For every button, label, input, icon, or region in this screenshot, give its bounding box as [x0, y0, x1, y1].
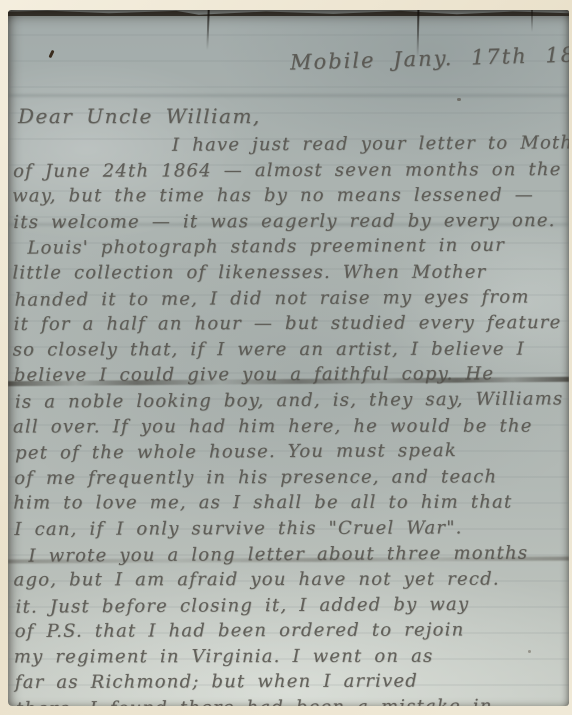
- letter-scan: Mobile Jany. 17th 1865. Dear Uncle Willi…: [0, 0, 572, 715]
- letter-line: it. Just before closing it, I added by w…: [16, 591, 569, 620]
- letter-line: far as Richmond; but when I arrived: [15, 669, 568, 697]
- letter-line: I wrote you a long letter about three mo…: [15, 540, 568, 569]
- letter-line: ago, but I am afraid you have not yet re…: [14, 567, 567, 594]
- letter-line: my regiment in Virginia. I went on as: [14, 643, 567, 670]
- letter-line: I can, if I only survive this "Cruel War…: [14, 515, 567, 543]
- letter-body: I have just read your letter to Mother, …: [13, 131, 568, 706]
- letter-line: all over. If you had him here, he would …: [13, 413, 566, 440]
- letter-line: of me frequently in his presence, and te…: [14, 464, 567, 492]
- letter-line: pet of the whole house. You must speak: [15, 437, 568, 466]
- letter-line: of P.S. that I had been ordered to rejoi…: [15, 617, 568, 645]
- paper-speck: [457, 98, 461, 101]
- letter-line: its welcome — it was eagerly read by eve…: [13, 208, 566, 236]
- letter-salutation: Dear Uncle William,: [18, 104, 261, 128]
- letter-line: him to love me, as I shall be all to him…: [13, 490, 566, 517]
- letter-line: believe I could give you a faithful copy…: [14, 361, 567, 389]
- letter-line: so closely that, if I were an artist, I …: [13, 336, 566, 363]
- letter-line: way, but the time has by no means lessen…: [12, 183, 565, 210]
- letter-line: of June 24th 1864 — almost seven months …: [13, 157, 566, 185]
- letter-line: handed it to me, I did not raise my eyes…: [14, 284, 567, 313]
- letter-line: I have just read your letter to Mother,: [14, 130, 567, 159]
- letter-line: Louis' photograph stands preeminent in o…: [14, 233, 567, 262]
- fold-notch: [531, 10, 533, 32]
- letter-line: it for a half an hour — but studied ever…: [14, 310, 567, 338]
- letter-line: is a noble looking boy, and, is, they sa…: [15, 386, 568, 415]
- letter-line: little collection of likenesses. When Mo…: [12, 259, 565, 286]
- letter-line: there, I found there had been a mistake …: [16, 693, 569, 706]
- letter-paper: Mobile Jany. 17th 1865. Dear Uncle Willi…: [8, 10, 569, 706]
